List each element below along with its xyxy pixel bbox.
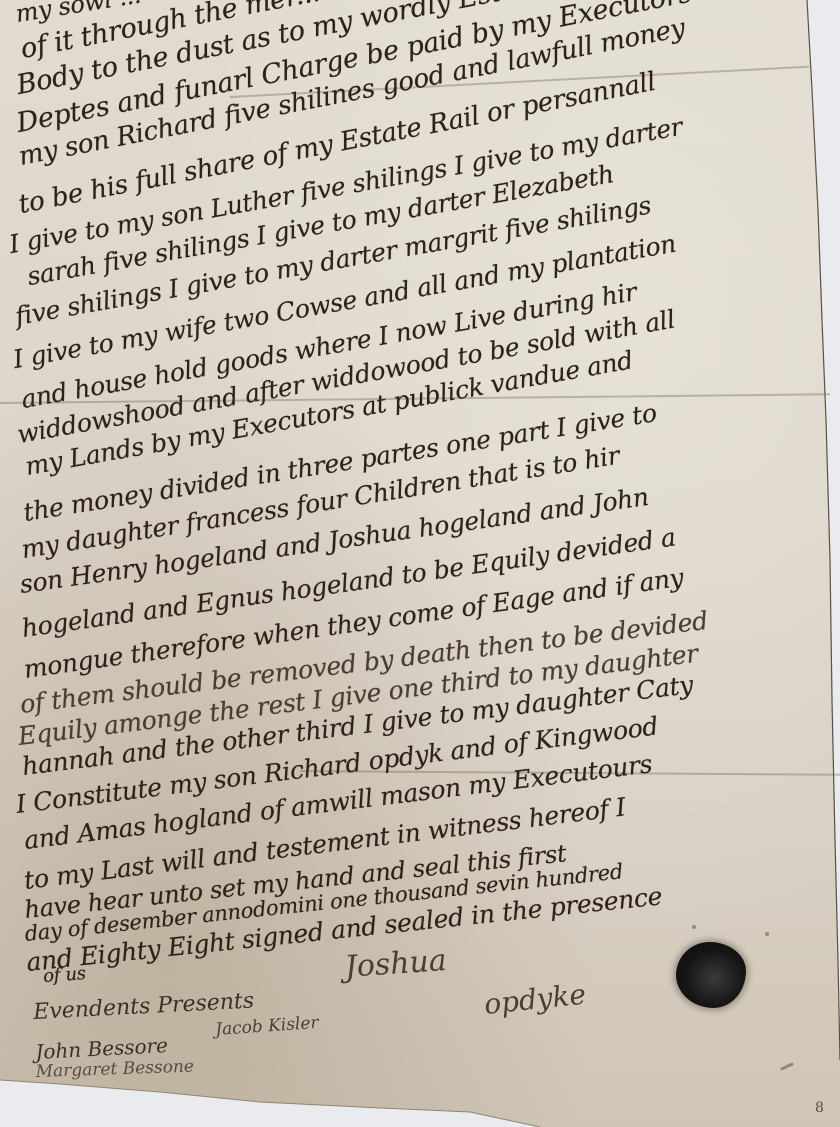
- testator-signature-first-name: Joshua: [344, 943, 448, 985]
- will-line-28: of us: [43, 963, 87, 987]
- wax-seal: [676, 942, 746, 1008]
- ink-speck: [765, 932, 769, 936]
- page-number: 8: [815, 1100, 824, 1116]
- photo-stage: my sowl ... of it through the mer... Bod…: [0, 0, 840, 1127]
- ink-speck: [692, 925, 696, 929]
